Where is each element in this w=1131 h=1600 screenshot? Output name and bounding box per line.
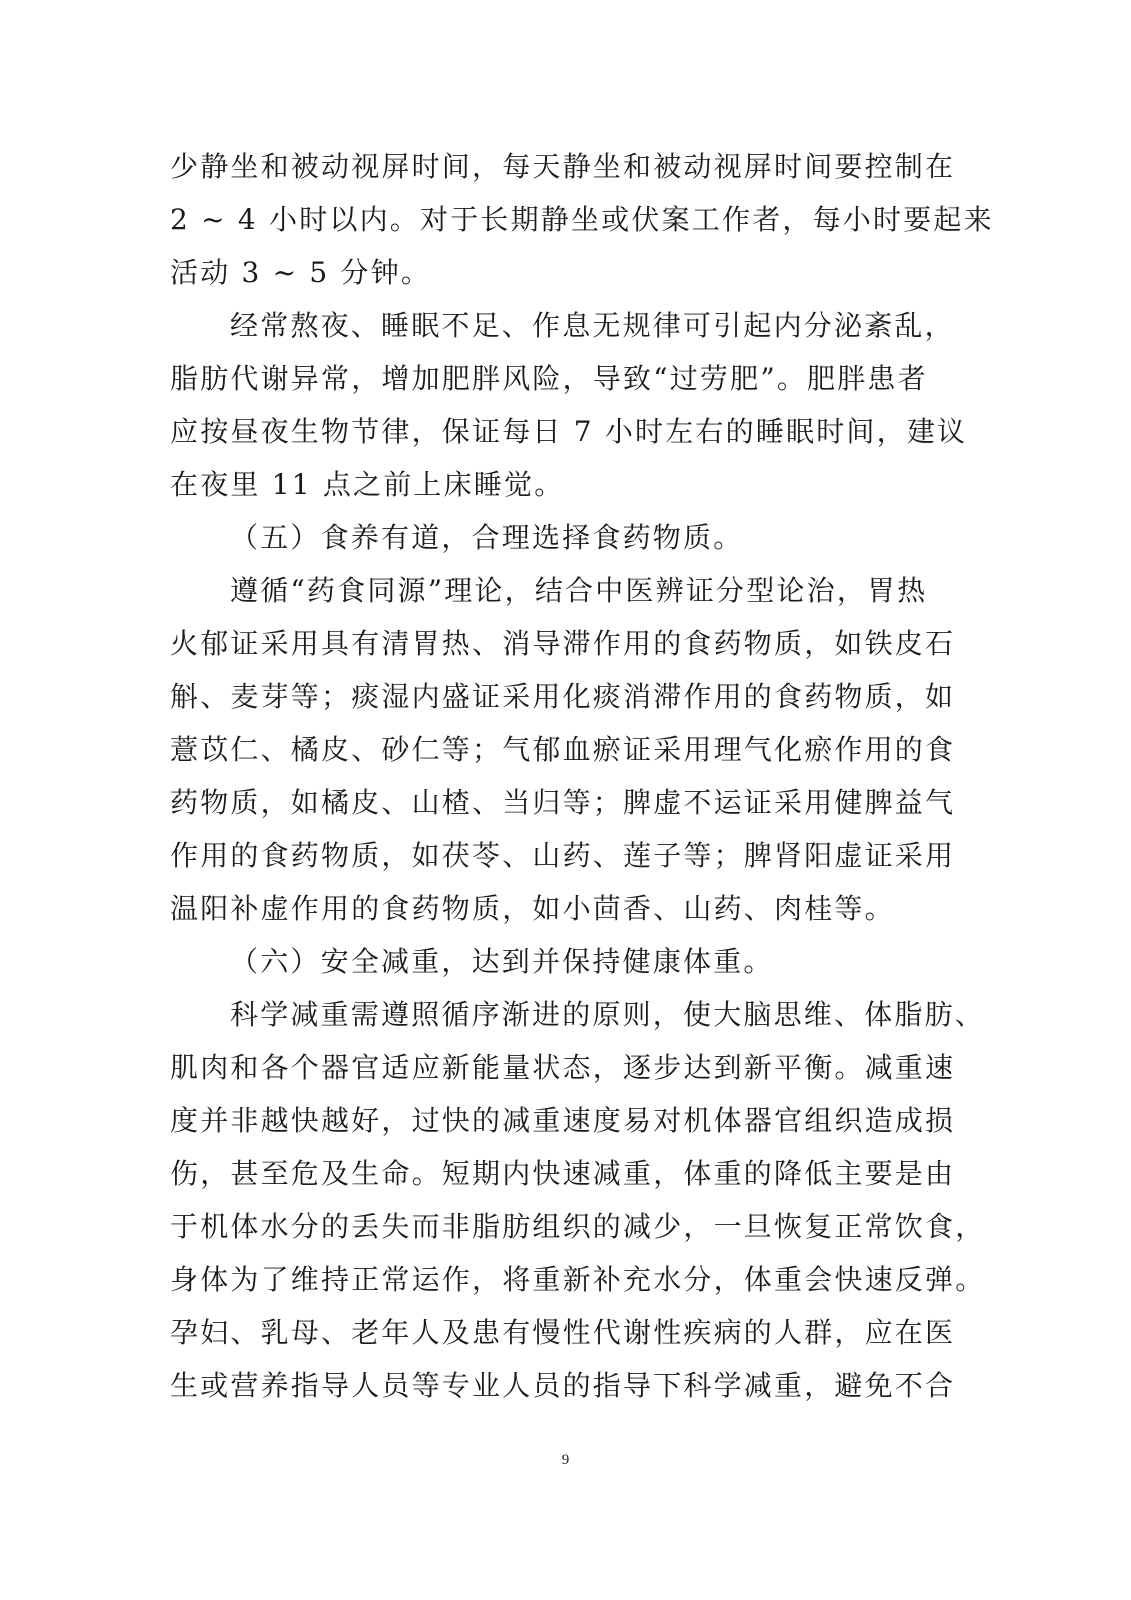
- text-line: 2 ~ 4 小时以内。对于长期静坐或伏案工作者，每小时要起来: [170, 193, 950, 246]
- paragraph-sleep: 经常熬夜、睡眠不足、作息无规律可引起内分泌紊乱， 脂肪代谢异常，增加肥胖风险，导…: [170, 299, 950, 511]
- text-line: 火郁证采用具有清胃热、消导滞作用的食药物质，如铁皮石: [170, 617, 950, 670]
- section-heading-5: （五）食养有道，合理选择食药物质。: [170, 511, 950, 564]
- section-heading-text: （五）食养有道，合理选择食药物质。: [170, 511, 950, 564]
- text-line: 温阳补虚作用的食药物质，如小茴香、山药、肉桂等。: [170, 882, 950, 935]
- text-line: 少静坐和被动视屏时间，每天静坐和被动视屏时间要控制在: [170, 140, 950, 193]
- text-line: 遵循“药食同源”理论，结合中医辨证分型论治，胃热: [170, 564, 950, 617]
- document-body: 少静坐和被动视屏时间，每天静坐和被动视屏时间要控制在 2 ~ 4 小时以内。对于…: [170, 140, 950, 1412]
- text-line: 脂肪代谢异常，增加肥胖风险，导致“过劳肥”。肥胖患者: [170, 352, 950, 405]
- text-line: 在夜里 11 点之前上床睡觉。: [170, 458, 950, 511]
- text-line: 科学减重需遵照循序渐进的原则，使大脑思维、体脂肪、: [170, 988, 950, 1041]
- document-page: 少静坐和被动视屏时间，每天静坐和被动视屏时间要控制在 2 ~ 4 小时以内。对于…: [0, 0, 1131, 1600]
- text-line: 度并非越快越好，过快的减重速度易对机体器官组织造成损: [170, 1094, 950, 1147]
- paragraph-food-medicine: 遵循“药食同源”理论，结合中医辨证分型论治，胃热 火郁证采用具有清胃热、消导滞作…: [170, 564, 950, 935]
- text-line: 作用的食药物质，如茯苓、山药、莲子等；脾肾阳虚证采用: [170, 829, 950, 882]
- section-heading-text: （六）安全减重，达到并保持健康体重。: [170, 935, 950, 988]
- text-line: 薏苡仁、橘皮、砂仁等；气郁血瘀证采用理气化瘀作用的食: [170, 723, 950, 776]
- page-number: 9: [0, 1452, 1131, 1469]
- paragraph-sedentary-time: 少静坐和被动视屏时间，每天静坐和被动视屏时间要控制在 2 ~ 4 小时以内。对于…: [170, 140, 950, 299]
- text-line: 药物质，如橘皮、山楂、当归等；脾虚不运证采用健脾益气: [170, 776, 950, 829]
- text-line: 活动 3 ~ 5 分钟。: [170, 246, 950, 299]
- text-line: 斛、麦芽等；痰湿内盛证采用化痰消滞作用的食药物质，如: [170, 670, 950, 723]
- text-line: 肌肉和各个器官适应新能量状态，逐步达到新平衡。减重速: [170, 1041, 950, 1094]
- text-line: 应按昼夜生物节律，保证每日 7 小时左右的睡眠时间，建议: [170, 405, 950, 458]
- text-line: 经常熬夜、睡眠不足、作息无规律可引起内分泌紊乱，: [170, 299, 950, 352]
- text-line: 生或营养指导人员等专业人员的指导下科学减重，避免不合: [170, 1359, 950, 1412]
- text-line: 身体为了维持正常运作，将重新补充水分，体重会快速反弹。: [170, 1253, 950, 1306]
- text-line: 孕妇、乳母、老年人及患有慢性代谢性疾病的人群，应在医: [170, 1306, 950, 1359]
- text-line: 于机体水分的丢失而非脂肪组织的减少，一旦恢复正常饮食，: [170, 1200, 950, 1253]
- paragraph-safe-weight-loss: 科学减重需遵照循序渐进的原则，使大脑思维、体脂肪、 肌肉和各个器官适应新能量状态…: [170, 988, 950, 1412]
- text-line: 伤，甚至危及生命。短期内快速减重，体重的降低主要是由: [170, 1147, 950, 1200]
- section-heading-6: （六）安全减重，达到并保持健康体重。: [170, 935, 950, 988]
